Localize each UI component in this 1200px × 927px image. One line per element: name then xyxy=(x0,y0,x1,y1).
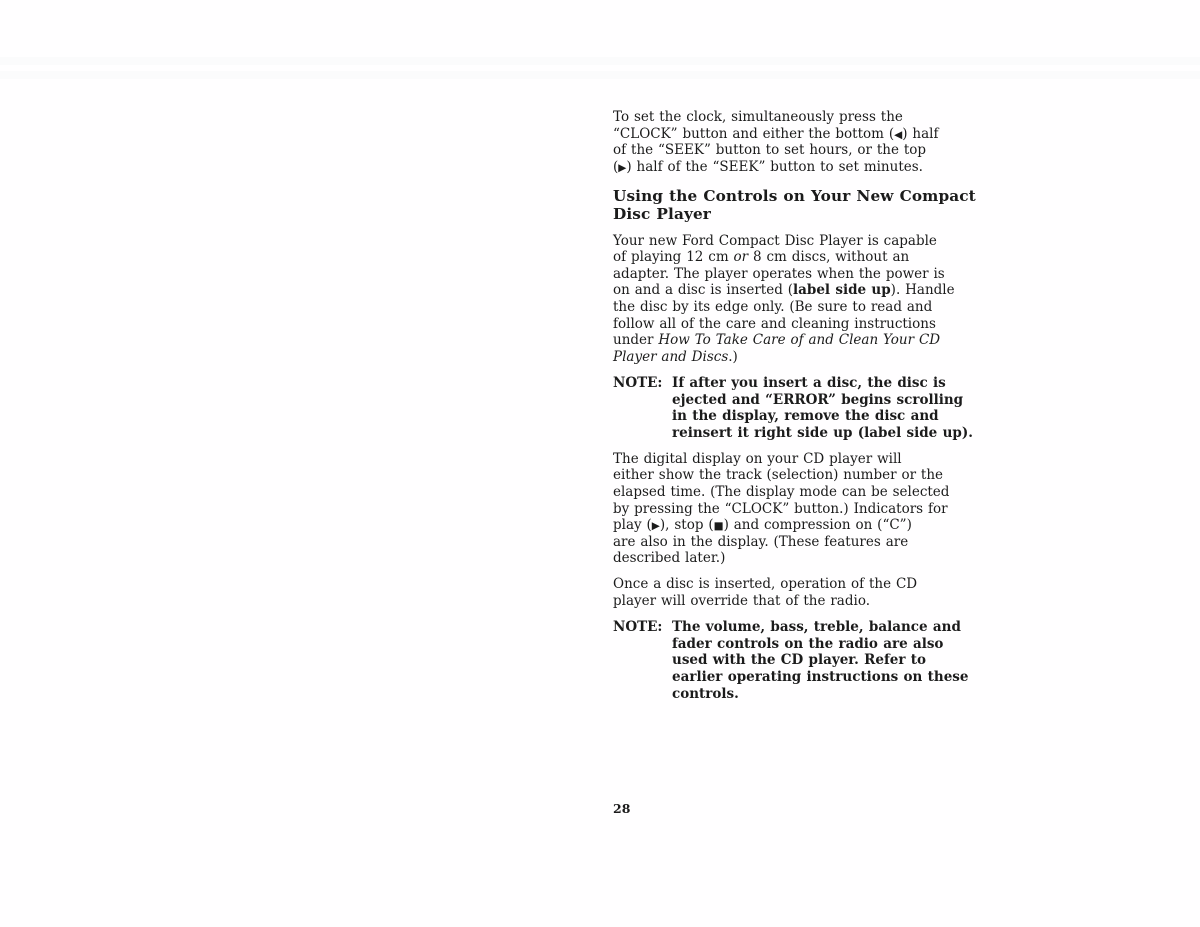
text-line: follow all of the care and cleaning inst… xyxy=(613,316,965,333)
text-line: Your new Ford Compact Disc Player is cap… xyxy=(613,233,965,250)
text-line: by pressing the “CLOCK” button.) Indicat… xyxy=(613,501,965,518)
text-line: player will override that of the radio. xyxy=(613,593,965,610)
seek-left-triangle-icon: ◀ xyxy=(894,129,902,141)
text-line: are also in the display. (These features… xyxy=(613,534,965,551)
page-number: 28 xyxy=(613,801,630,816)
text-line: To set the clock, simultaneously press t… xyxy=(613,109,965,126)
note-block-controls: NOTE: The volume, bass, treble, balance … xyxy=(613,619,965,702)
text-line: reinsert it right side up (label side up… xyxy=(672,425,965,442)
text-line: on and a disc is inserted (label side up… xyxy=(613,282,965,299)
text-line: The volume, bass, treble, balance and xyxy=(672,619,965,636)
text-line: “CLOCK” button and either the bottom (◀)… xyxy=(613,126,965,143)
text-line: Once a disc is inserted, operation of th… xyxy=(613,576,965,593)
cd-player-intro-paragraph: Your new Ford Compact Disc Player is cap… xyxy=(613,233,965,366)
note-label: NOTE: xyxy=(613,375,662,392)
text-line: of the “SEEK” button to set hours, or th… xyxy=(613,142,965,159)
text-line: The digital display on your CD player wi… xyxy=(613,451,965,468)
scan-artifact-band xyxy=(0,57,1200,65)
text-column: To set the clock, simultaneously press t… xyxy=(613,109,965,712)
text-line: under How To Take Care of and Clean Your… xyxy=(613,332,965,349)
text-line: (▶) half of the “SEEK” button to set min… xyxy=(613,159,965,176)
text-line: used with the CD player. Refer to xyxy=(672,652,965,669)
text-line: ejected and “ERROR” begins scrolling xyxy=(672,392,965,409)
note-label: NOTE: xyxy=(613,619,662,636)
text-line: described later.) xyxy=(613,550,965,567)
note-text: If after you insert a disc, the disc ise… xyxy=(672,375,965,441)
text-line: earlier operating instructions on these xyxy=(672,669,965,686)
text-line: elapsed time. (The display mode can be s… xyxy=(613,484,965,501)
text-line: in the display, remove the disc and xyxy=(672,408,965,425)
manual-page: To set the clock, simultaneously press t… xyxy=(0,0,1200,927)
text-line: of playing 12 cm or 8 cm discs, without … xyxy=(613,249,965,266)
play-icon: ▶ xyxy=(652,520,660,532)
text-line: Disc Player xyxy=(613,206,965,223)
text-line: controls. xyxy=(672,686,965,703)
section-heading: Using the Controls on Your New CompactDi… xyxy=(613,188,965,223)
stop-icon: ■ xyxy=(714,520,724,532)
text-line: fader controls on the radio are also xyxy=(672,636,965,653)
text-line: either show the track (selection) number… xyxy=(613,467,965,484)
digital-display-paragraph: The digital display on your CD player wi… xyxy=(613,451,965,567)
scan-artifact-band xyxy=(0,71,1200,79)
text-line: Using the Controls on Your New Compact xyxy=(613,188,965,205)
text-line: If after you insert a disc, the disc is xyxy=(672,375,965,392)
note-text: The volume, bass, treble, balance andfad… xyxy=(672,619,965,702)
disc-override-paragraph: Once a disc is inserted, operation of th… xyxy=(613,576,965,609)
clock-setting-paragraph: To set the clock, simultaneously press t… xyxy=(613,109,965,175)
text-line: play (▶), stop (■) and compression on (“… xyxy=(613,517,965,534)
text-line: adapter. The player operates when the po… xyxy=(613,266,965,283)
text-line: Player and Discs.) xyxy=(613,349,965,366)
text-line: the disc by its edge only. (Be sure to r… xyxy=(613,299,965,316)
note-block-error: NOTE: If after you insert a disc, the di… xyxy=(613,375,965,441)
